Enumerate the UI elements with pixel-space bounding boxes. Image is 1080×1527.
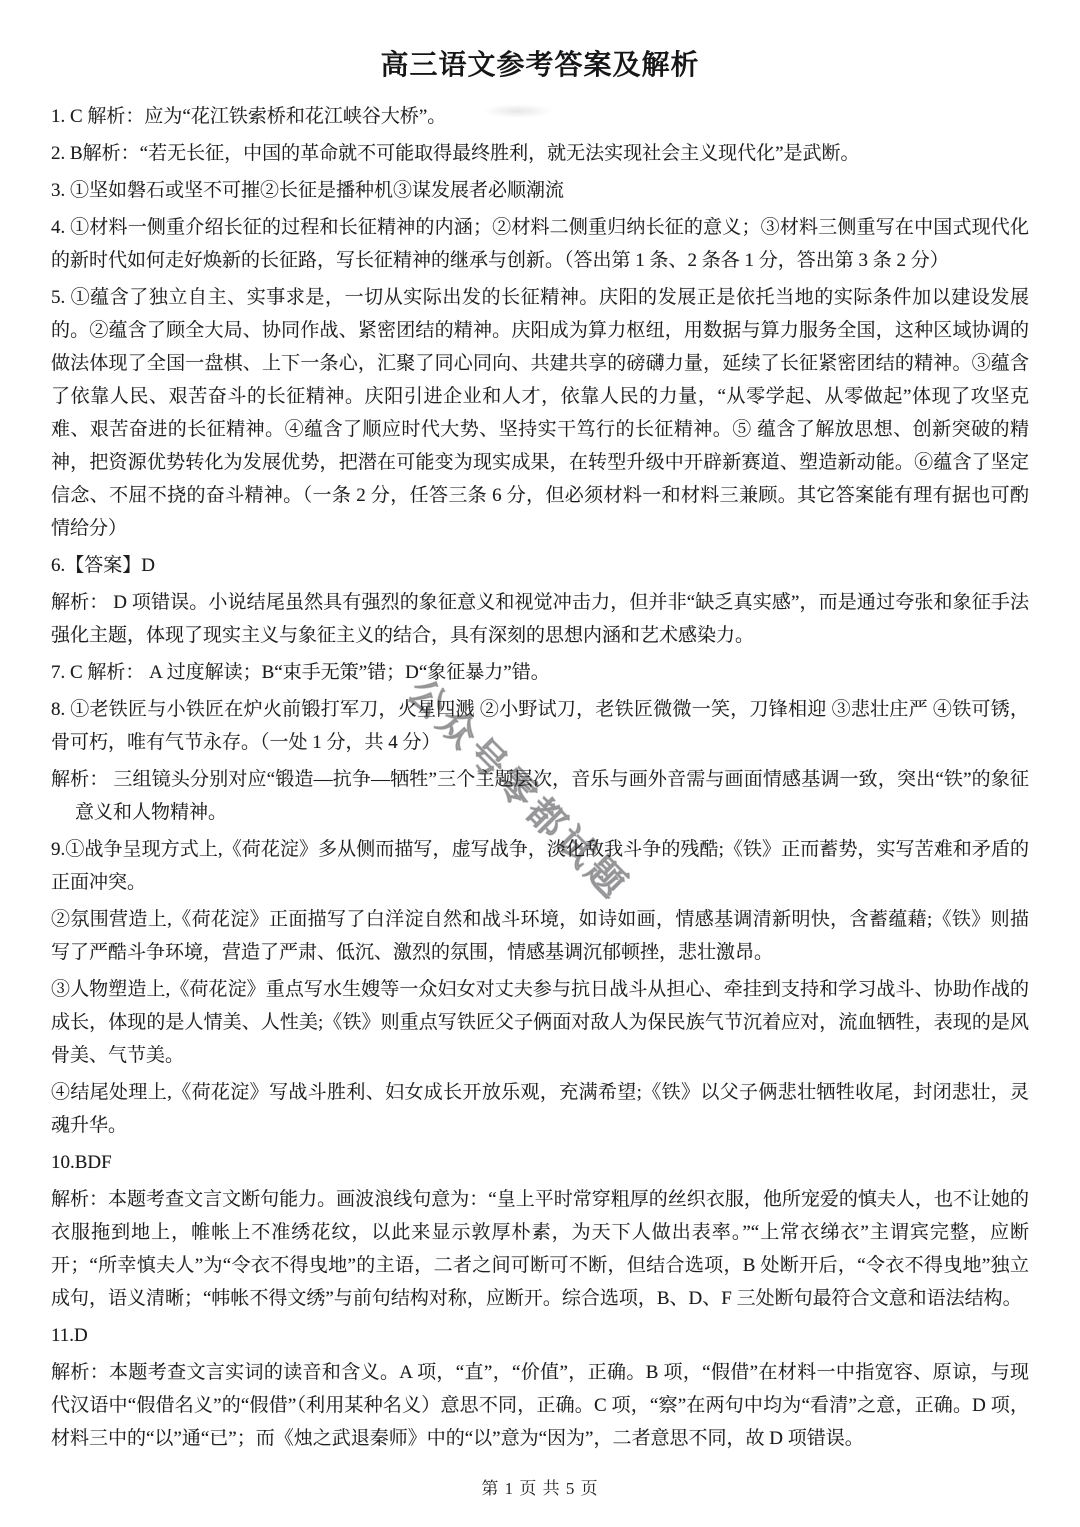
answer-item-7: 7. C 解析： A 过度解读；B“束手无策”错；D“象征暴力”错。 (51, 656, 1029, 689)
page-footer: 第 1 页 共 5 页 (0, 1474, 1080, 1499)
answer-item-10: 10.BDF (51, 1146, 1029, 1179)
page-title: 高三语文参考答案及解析 (51, 0, 1029, 86)
answer-item-10-analysis: 解析：本题考查文言文断句能力。画波浪线句意为：“皇上平时常穿粗厚的丝织衣服，他所… (51, 1183, 1029, 1315)
answer-item-8-analysis: 解析： 三组镜头分别对应“锻造—抗争—牺牲”三个主题层次，音乐与画外音需与画面情… (51, 763, 1029, 829)
answer-item-9-point-4: ④结尾处理上,《荷花淀》写战斗胜利、妇女成长开放乐观，充满希望;《铁》以父子俩悲… (51, 1076, 1029, 1142)
answer-item-8: 8. ①老铁匠与小铁匠在炉火前锻打军刀，火星四溅 ②小野试刀，老铁匠微微一笑，刀… (51, 693, 1029, 759)
answer-item-5: 5. ①蕴含了独立自主、实事求是，一切从实际出发的长征精神。庆阳的发展正是依托当… (51, 281, 1029, 545)
answer-item-4: 4. ①材料一侧重介绍长征的过程和长征精神的内涵；②材料二侧重归纳长征的意义；③… (51, 211, 1029, 277)
answer-item-9-point-2: ②氛围营造上,《荷花淀》正面描写了白洋淀自然和战斗环境，如诗如画，情感基调清新明… (51, 903, 1029, 969)
answers-content: 1. C 解析：应为“花江铁索桥和花江峡谷大桥”。 2. B解析：“若无长征，中… (51, 100, 1029, 1455)
answer-item-3: 3. ①坚如磐石或坚不可摧②长征是播种机③谋发展者必顺潮流 (51, 174, 1029, 207)
answer-item-9-point-3: ③人物塑造上,《荷花淀》重点写水生嫂等一众妇女对丈夫参与抗日战斗从担心、牵挂到支… (51, 973, 1029, 1072)
answer-item-11: 11.D (51, 1319, 1029, 1352)
answer-item-6-analysis: 解析： D 项错误。小说结尾虽然具有强烈的象征意义和视觉冲击力，但并非“缺乏真实… (51, 586, 1029, 652)
answer-item-9-point-1: 9.①战争呈现方式上,《荷花淀》多从侧而描写，虚写战争，淡化敌我斗争的残酷;《铁… (51, 833, 1029, 899)
answer-item-6: 6.【答案】D (51, 549, 1029, 582)
answer-sheet-page: 高三语文参考答案及解析 1. C 解析：应为“花江铁索桥和花江峡谷大桥”。 2.… (51, 0, 1029, 1455)
answer-item-1: 1. C 解析：应为“花江铁索桥和花江峡谷大桥”。 (51, 100, 1029, 133)
answer-item-2: 2. B解析：“若无长征，中国的革命就不可能取得最终胜利，就无法实现社会主义现代… (51, 137, 1029, 170)
answer-item-11-analysis: 解析：本题考查文言实词的读音和含义。A 项，“直”，“价值”，正确。B 项，“假… (51, 1356, 1029, 1455)
